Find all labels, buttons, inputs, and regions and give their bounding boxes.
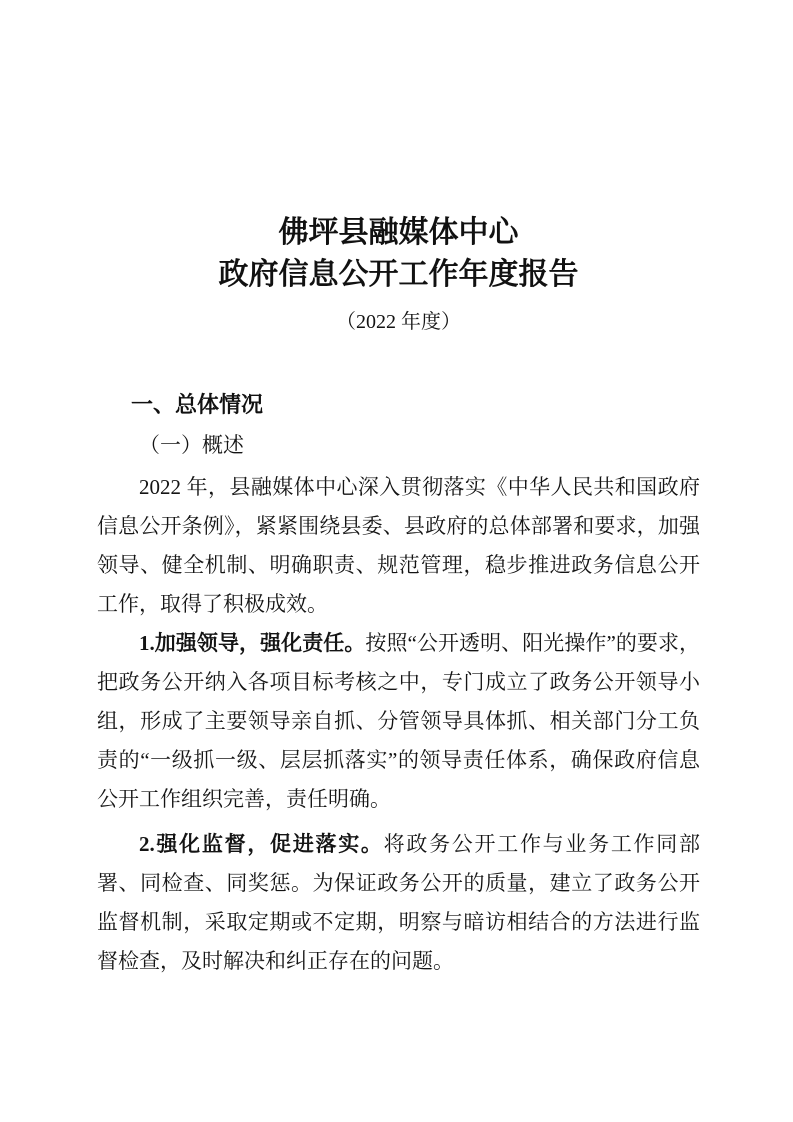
paragraph-strengthen-leadership: 1.加强领导，强化责任。按照“公开透明、阳光操作”的要求，把政务公开纳入各项目标… bbox=[97, 624, 700, 819]
document-title: 佛坪县融媒体中心 政府信息公开工作年度报告 bbox=[97, 212, 700, 296]
subsection-heading-overview: （一）概述 bbox=[97, 430, 700, 460]
paragraph-lead: 2.强化监督，促进落实。 bbox=[139, 832, 384, 856]
document-subtitle: （2022 年度） bbox=[97, 306, 700, 338]
paragraph-lead: 1.加强领导，强化责任。 bbox=[139, 631, 365, 655]
document-title-line1: 佛坪县融媒体中心 bbox=[97, 212, 700, 254]
section-heading-overall-situation: 一、总体情况 bbox=[97, 390, 700, 420]
paragraph-text: 2022 年，县融媒体中心深入贯彻落实《中华人民共和国政府信息公开条例》，紧紧围… bbox=[97, 475, 700, 616]
paragraph-text: 按照“公开透明、阳光操作”的要求，把政务公开纳入各项目标考核之中，专门成立了政务… bbox=[97, 631, 700, 811]
paragraph-strengthen-supervision: 2.强化监督，促进落实。将政务公开工作与业务工作同部署、同检查、同奖惩。为保证政… bbox=[97, 825, 700, 981]
document-page: 佛坪县融媒体中心 政府信息公开工作年度报告 （2022 年度） 一、总体情况 （… bbox=[0, 0, 793, 1122]
paragraph-overview: 2022 年，县融媒体中心深入贯彻落实《中华人民共和国政府信息公开条例》，紧紧围… bbox=[97, 468, 700, 624]
document-title-line2: 政府信息公开工作年度报告 bbox=[97, 254, 700, 296]
